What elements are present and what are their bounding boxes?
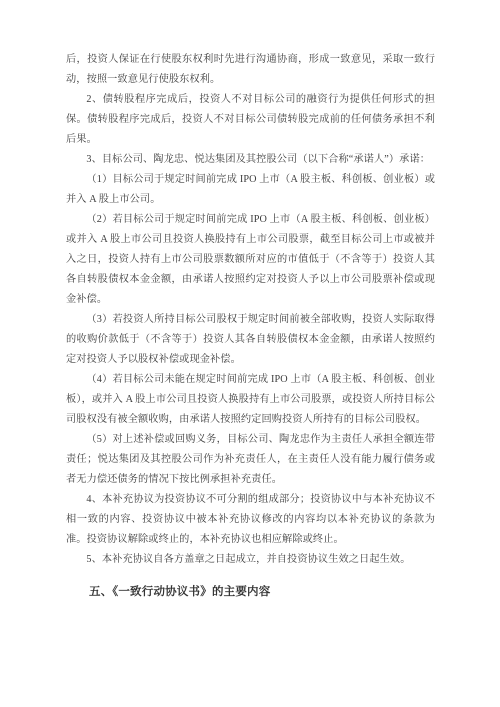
paragraph: 5、本补充协议自各方盖章之日起成立，并自投资协议生效之日起生效。 — [66, 550, 435, 570]
paragraph: 3、目标公司、陶龙忠、悦达集团及其控股公司（以下合称“承诺人”）承诺： — [66, 150, 435, 170]
paragraph: 4、本补充协议为投资协议不可分割的组成部分；投资协议中与本补充协议不相一致的内容… — [66, 490, 435, 550]
paragraph: （4）若目标公司未能在规定时间前完成 IPO 上市（A 股主板、科创板、创业板）… — [66, 370, 435, 430]
section-heading: 五、《一致行动协议书》的主要内容 — [66, 582, 435, 602]
paragraph: 后，投资人保证在行使股东权利时先进行沟通协商，形成一致意见，采取一致行动，按照一… — [66, 50, 435, 90]
paragraph: （5）对上述补偿或回购义务，目标公司、陶龙忠作为主责任人承担全额连带责任；悦达集… — [66, 430, 435, 490]
document-body: 后，投资人保证在行使股东权利时先进行沟通协商，形成一致意见，采取一致行动，按照一… — [66, 50, 435, 570]
document-page: 后，投资人保证在行使股东权利时先进行沟通协商，形成一致意见，采取一致行动，按照一… — [0, 0, 500, 707]
paragraph: 2、债转股程序完成后，投资人不对目标公司的融资行为提供任何形式的担保。债转股程序… — [66, 90, 435, 150]
paragraph: （1）目标公司于规定时间前完成 IPO 上市（A 股主板、科创板、创业板）或并入… — [66, 170, 435, 210]
paragraph: （2）若目标公司于规定时间前完成 IPO 上市（A 股主板、科创板、创业板）或并… — [66, 210, 435, 310]
paragraph: （3）若投资人所持目标公司股权于规定时间前被全部收购，投资人实际取得的收购价款低… — [66, 310, 435, 370]
